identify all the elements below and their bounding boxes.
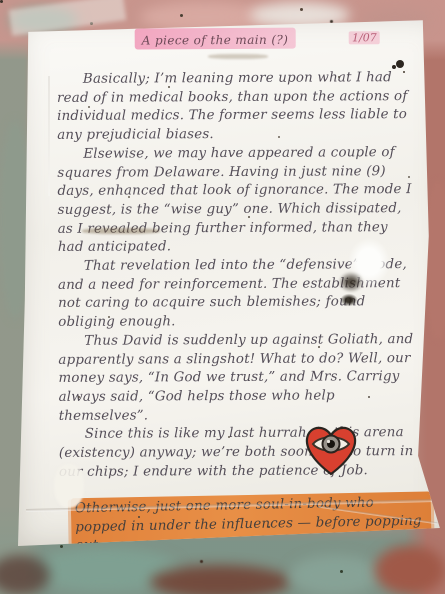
wall-paint-blob — [425, 180, 445, 340]
heart-eye-drawing — [300, 422, 362, 482]
smudge-mark — [82, 228, 160, 234]
title-highlight: A piece of the main (?) — [135, 27, 296, 49]
wall-paint-blob — [0, 555, 50, 594]
paper-crease — [48, 76, 50, 196]
date-note: 1/07 — [349, 31, 380, 44]
wall-speckles — [0, 0, 3, 3]
heart-eye-icon — [300, 422, 362, 478]
letter-title: A piece of the main (?) — [142, 32, 289, 47]
handwritten-letter-paper: A piece of the main (?) 1/07 Basically; … — [18, 16, 445, 546]
smudge-mark — [208, 54, 268, 59]
wall-paint-blob — [375, 545, 445, 594]
letter-body: Basically; I’m leaning more upon what I … — [57, 69, 417, 556]
white-paint-smear — [54, 464, 84, 508]
ink-stain — [338, 292, 360, 308]
photo-of-handwritten-note: A piece of the main (?) 1/07 Basically; … — [0, 0, 445, 594]
wall-paint-blob — [290, 555, 380, 594]
paragraph: Since this is like my last hurrah, in th… — [59, 424, 416, 482]
wall-paint-blob — [150, 565, 290, 594]
paragraph: Basically; I’m leaning more upon what I … — [57, 69, 414, 146]
ink-dots — [396, 60, 404, 68]
letter-header: A piece of the main (?) 1/07 — [57, 27, 414, 49]
paragraph: Thus David is suddenly up against Goliat… — [58, 331, 415, 426]
